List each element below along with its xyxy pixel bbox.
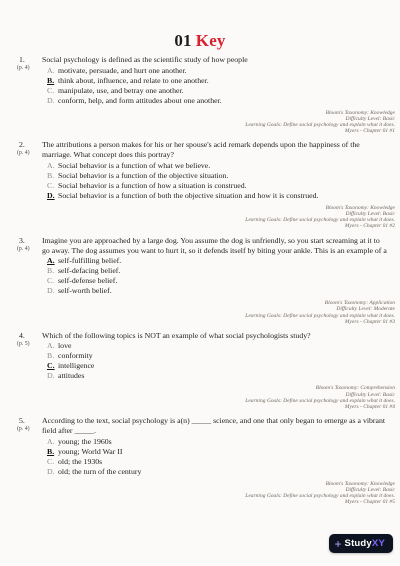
option-letter: B.	[47, 76, 58, 86]
option-text: think about, influence, and relate to on…	[58, 76, 209, 85]
option-letter: A.	[47, 256, 58, 266]
question-annotations: Bloom's Taxonomy: Application Difficulty…	[0, 300, 400, 325]
question-annotations: Bloom's Taxonomy: Knowledge Difficulty L…	[0, 205, 400, 230]
answer-options: A.self-fulfilling belief. B.self-defacin…	[42, 256, 388, 296]
answer-option: B.self-defacing belief.	[47, 266, 388, 276]
answer-option: B.young; World War II	[47, 447, 388, 457]
question-block-2: 2. (p. 4) The attributions a person make…	[0, 140, 400, 229]
question-gutter: 2. (p. 4)	[0, 140, 42, 157]
option-letter: B.	[47, 171, 58, 181]
question-stem: According to the text, social psychology…	[42, 416, 388, 436]
question-gutter: 4. (p. 5)	[0, 331, 42, 348]
question-stem: The attributions a person makes for his …	[42, 140, 388, 160]
option-letter: A.	[47, 66, 58, 76]
option-letter: C.	[47, 457, 58, 467]
option-letter: B.	[47, 266, 58, 276]
question-page-ref: (p. 4)	[17, 426, 42, 433]
answer-option: A.love	[47, 341, 388, 351]
option-letter: C.	[47, 86, 58, 96]
option-text: Social behavior is a function of both th…	[58, 191, 319, 200]
option-text: conformity	[58, 351, 93, 360]
option-text: self-fulfilling belief.	[58, 256, 121, 265]
question-number: 1.	[19, 55, 42, 65]
answer-option: B.conformity	[47, 351, 388, 361]
question-page-ref: (p. 5)	[17, 341, 42, 348]
questions-list: 1. (p. 4) Social psychology is defined a…	[0, 51, 400, 506]
question-block-5: 5. (p. 4) According to the text, social …	[0, 416, 400, 505]
answer-option: C.manipulate, use, and betray one anothe…	[47, 86, 388, 96]
answer-option: A.self-fulfilling belief.	[47, 256, 388, 266]
option-text: Social behavior is a function of how a s…	[58, 181, 247, 190]
question-page-ref: (p. 4)	[17, 246, 42, 253]
option-letter: D.	[47, 286, 58, 296]
plus-icon: +	[335, 539, 342, 549]
question-block-1: 1. (p. 4) Social psychology is defined a…	[0, 55, 400, 134]
studyxy-logo[interactable]: + Study XY	[329, 534, 393, 553]
question-annotations: Bloom's Taxonomy: Knowledge Difficulty L…	[0, 481, 400, 506]
option-letter: D.	[47, 371, 58, 381]
option-text: self-worth belief.	[58, 286, 112, 295]
option-letter: D.	[47, 467, 58, 477]
answer-options: A.young; the 1960s B.young; World War II…	[42, 437, 388, 477]
answer-option: D.self-worth belief.	[47, 286, 388, 296]
question-number: 4.	[19, 331, 42, 341]
answer-option: A.motivate, persuade, and hurt one anoth…	[47, 66, 388, 76]
option-letter: D.	[47, 191, 58, 201]
option-text: attitudes	[58, 371, 84, 380]
option-letter: B.	[47, 447, 58, 457]
option-letter: A.	[47, 341, 58, 351]
annotation-source: Myers - Chapter 01 #5	[0, 499, 395, 505]
question-gutter: 3. (p. 4)	[0, 236, 42, 253]
option-text: old; the turn of the century	[58, 467, 141, 476]
question-stem: Imagine you are approached by a large do…	[42, 236, 388, 256]
question-stem: Social psychology is defined as the scie…	[42, 55, 388, 65]
answer-options: A.motivate, persuade, and hurt one anoth…	[42, 66, 388, 106]
question-page-ref: (p. 4)	[17, 150, 42, 157]
option-letter: C.	[47, 181, 58, 191]
answer-option: A.Social behavior is a function of what …	[47, 161, 388, 171]
option-letter: A.	[47, 161, 58, 171]
option-text: young; the 1960s	[58, 437, 112, 446]
option-text: self-defense belief.	[58, 276, 117, 285]
option-letter: C.	[47, 361, 58, 371]
annotation-source: Myers - Chapter 01 #2	[0, 223, 395, 229]
answer-options: A.Social behavior is a function of what …	[42, 161, 388, 201]
annotation-source: Myers - Chapter 01 #4	[0, 404, 395, 410]
annotation-source: Myers - Chapter 01 #3	[0, 319, 395, 325]
answer-option: C.old; the 1930s	[47, 457, 388, 467]
option-text: self-defacing belief.	[58, 266, 120, 275]
question-number: 3.	[19, 236, 42, 246]
answer-option: B.think about, influence, and relate to …	[47, 76, 388, 86]
page-title: 01Key	[0, 0, 400, 51]
option-text: young; World War II	[58, 447, 123, 456]
question-block-4: 4. (p. 5) Which of the following topics …	[0, 331, 400, 410]
logo-brand-accent-text: XY	[372, 538, 385, 549]
option-letter: D.	[47, 96, 58, 106]
annotation-source: Myers - Chapter 01 #1	[0, 128, 395, 134]
question-gutter: 5. (p. 4)	[0, 416, 42, 433]
answer-option: C.Social behavior is a function of how a…	[47, 181, 388, 191]
option-text: intelligence	[58, 361, 94, 370]
option-text: motivate, persuade, and hurt one another…	[58, 66, 187, 75]
answer-option: D.attitudes	[47, 371, 388, 381]
option-text: old; the 1930s	[58, 457, 102, 466]
option-text: love	[58, 341, 71, 350]
answer-option: D.old; the turn of the century	[47, 467, 388, 477]
answer-option: C.self-defense belief.	[47, 276, 388, 286]
option-letter: B.	[47, 351, 58, 361]
question-gutter: 1. (p. 4)	[0, 55, 42, 72]
question-number: 2.	[19, 140, 42, 150]
option-letter: C.	[47, 276, 58, 286]
answer-option: D.Social behavior is a function of both …	[47, 191, 388, 201]
question-annotations: Bloom's Taxonomy: Knowledge Difficulty L…	[0, 110, 400, 135]
question-block-3: 3. (p. 4) Imagine you are approached by …	[0, 236, 400, 325]
option-text: conform, help, and form attitudes about …	[58, 96, 222, 105]
option-letter: A.	[47, 437, 58, 447]
question-annotations: Bloom's Taxonomy: Comprehension Difficul…	[0, 385, 400, 410]
option-text: Social behavior is a function of the obj…	[58, 171, 228, 180]
answer-options: A.love B.conformity C.intelligence D.att…	[42, 341, 388, 381]
answer-option: D.conform, help, and form attitudes abou…	[47, 96, 388, 106]
answer-option: A.young; the 1960s	[47, 437, 388, 447]
question-stem: Which of the following topics is NOT an …	[42, 331, 388, 341]
question-page-ref: (p. 4)	[17, 65, 42, 72]
logo-brand-text: Study	[345, 538, 372, 549]
option-text: Social behavior is a function of what we…	[58, 161, 210, 170]
title-key-label: Key	[196, 31, 226, 50]
answer-option: C.intelligence	[47, 361, 388, 371]
title-number: 01	[174, 31, 191, 50]
question-number: 5.	[19, 416, 42, 426]
option-text: manipulate, use, and betray one another.	[58, 86, 184, 95]
answer-option: B.Social behavior is a function of the o…	[47, 171, 388, 181]
